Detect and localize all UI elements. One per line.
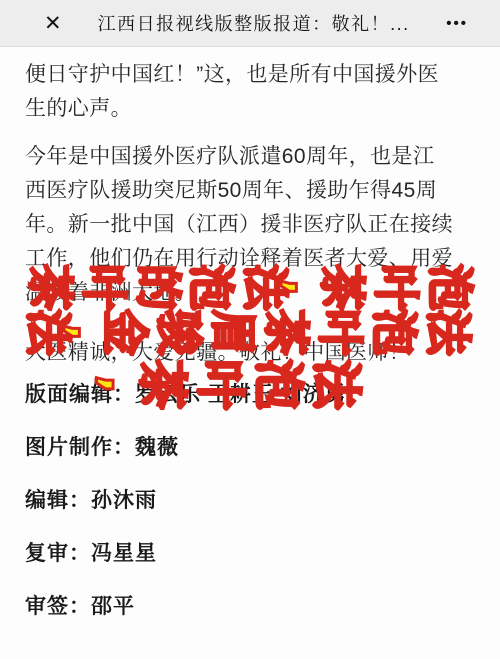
close-icon[interactable]: ✕ bbox=[44, 13, 62, 34]
paragraph-line: 工作，他们仍在用行动诠释着医者大爱、用爱 bbox=[25, 242, 475, 276]
page-title: 江西日报视线版整版报道：敬礼！... bbox=[98, 10, 410, 36]
article-paragraph-3: 大医精诚，大爱无疆。敬礼！中国医师！ bbox=[25, 336, 475, 370]
paragraph-line: 便日守护中国红！”这，也是所有中国援外医 bbox=[25, 58, 475, 92]
article-paragraph-2: 今年是中国援外医疗队派遣60周年，也是江西医疗队援助突尼斯50周年、援助乍得45… bbox=[25, 140, 475, 310]
paragraph-line: 温暖着非洲大地。 bbox=[25, 276, 475, 310]
article-paragraphs: 便日守护中国红！”这，也是所有中国援外医生的心声。今年是中国援外医疗队派遣60周… bbox=[25, 58, 475, 370]
credits: 版面编辑：罗云乐 王耕玉 刘济勇图片制作：魏薇编辑：孙沐雨复审：冯星星审签：邵平 bbox=[25, 384, 475, 618]
paragraph-line: 大医精诚，大爱无疆。敬礼！中国医师！ bbox=[25, 336, 475, 370]
credit-line: 复审：冯星星 bbox=[25, 543, 475, 565]
credit-line: 审签：邵平 bbox=[25, 596, 475, 618]
paragraph-line: 年。新一批中国（江西）援非医疗队正在接续 bbox=[25, 208, 475, 242]
paragraph-line: 生的心声。 bbox=[25, 92, 475, 126]
credit-line: 编辑：孙沐雨 bbox=[25, 490, 475, 512]
credit-line: 图片制作：魏薇 bbox=[25, 437, 475, 459]
more-menu-icon[interactable]: ••• bbox=[446, 15, 468, 32]
credit-line: 版面编辑：罗云乐 王耕玉 刘济勇 bbox=[25, 384, 475, 406]
article-body: 便日守护中国红！”这，也是所有中国援外医生的心声。今年是中国援外医疗队派遣60周… bbox=[0, 47, 500, 618]
article-paragraph-1: 便日守护中国红！”这，也是所有中国援外医生的心声。 bbox=[25, 58, 475, 126]
paragraph-line: 今年是中国援外医疗队派遣60周年，也是江 bbox=[25, 140, 475, 174]
paragraph-line: 西医疗队援助突尼斯50周年、援助乍得45周 bbox=[25, 174, 475, 208]
header-bar: ✕ 江西日报视线版整版报道：敬礼！... ••• bbox=[0, 0, 500, 47]
